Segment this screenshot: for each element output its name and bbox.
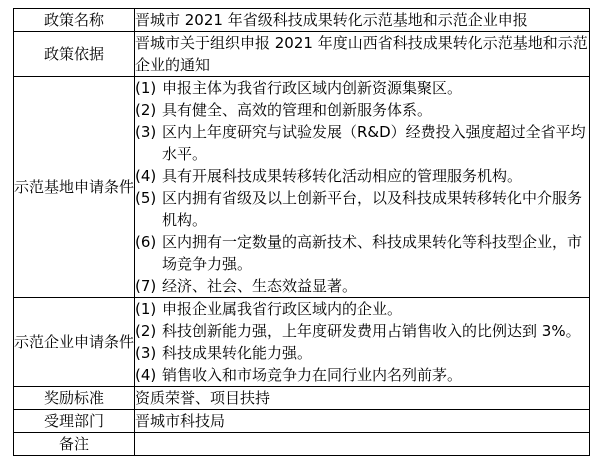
condition-number: (2): [135, 99, 162, 121]
condition-text: 区内拥有省级及以上创新平台，以及科技成果转移转化中介服务机构。: [162, 189, 582, 229]
policy-info-table: 政策名称 晋城市 2021 年省级科技成果转化示范基地和示范企业申报 政策依据 …: [13, 8, 590, 456]
table-row: 示范企业申请条件 (1)申报企业属我省行政区域内的企业。 (2)科技创新能力强，…: [14, 298, 590, 387]
condition-text: 销售收入和市场竞争力在同行业内名列前茅。: [162, 366, 462, 384]
table-row: 奖励标准 资质荣誉、项目扶持: [14, 387, 590, 410]
condition-number: (6): [135, 231, 162, 253]
enterprise-conditions-label: 示范企业申请条件: [14, 298, 135, 387]
condition-text: 区内上年度研究与试验发展（R&D）经费投入强度超过全省平均水平。: [162, 123, 586, 163]
remark-value: [135, 433, 590, 456]
condition-text: 具有开展科技成果转移转化活动相应的管理服务机构。: [162, 167, 522, 185]
department-value: 晋城市科技局: [135, 410, 590, 433]
table-row: 示范基地申请条件 (1)申报主体为我省行政区域内创新资源集聚区。 (2)具有健全…: [14, 77, 590, 298]
table-row: 受理部门 晋城市科技局: [14, 410, 590, 433]
condition-text: 经济、社会、生态效益显著。: [162, 277, 357, 295]
base-conditions-label: 示范基地申请条件: [14, 77, 135, 298]
reward-label: 奖励标准: [14, 387, 135, 410]
condition-number: (4): [135, 364, 162, 386]
base-conditions-value: (1)申报主体为我省行政区域内创新资源集聚区。 (2)具有健全、高效的管理和创新…: [135, 77, 590, 298]
condition-text: 具有健全、高效的管理和创新服务体系。: [162, 101, 432, 119]
condition-number: (1): [135, 77, 162, 99]
department-label: 受理部门: [14, 410, 135, 433]
policy-name-label: 政策名称: [14, 9, 135, 32]
condition-item: (3)科技成果转化能力强。: [135, 342, 589, 364]
condition-item: (1)申报企业属我省行政区域内的企业。: [135, 298, 589, 320]
condition-text: 申报主体为我省行政区域内创新资源集聚区。: [162, 79, 462, 97]
condition-number: (5): [135, 187, 162, 209]
policy-basis-value: 晋城市关于组织申报 2021 年度山西省科技成果转化示范基地和示范企业的通知: [135, 32, 590, 77]
enterprise-conditions-value: (1)申报企业属我省行政区域内的企业。 (2)科技创新能力强，上年度研发费用占销…: [135, 298, 590, 387]
condition-number: (1): [135, 298, 162, 320]
policy-basis-label: 政策依据: [14, 32, 135, 77]
condition-item: (5)区内拥有省级及以上创新平台，以及科技成果转移转化中介服务机构。: [135, 187, 589, 231]
reward-value: 资质荣誉、项目扶持: [135, 387, 590, 410]
condition-item: (6)区内拥有一定数量的高新技术、科技成果转化等科技型企业，市场竞争力强。: [135, 231, 589, 275]
condition-number: (2): [135, 320, 162, 342]
table-row: 政策名称 晋城市 2021 年省级科技成果转化示范基地和示范企业申报: [14, 9, 590, 32]
policy-name-value: 晋城市 2021 年省级科技成果转化示范基地和示范企业申报: [135, 9, 590, 32]
condition-number: (3): [135, 121, 162, 143]
condition-item: (2)科技创新能力强，上年度研发费用占销售收入的比例达到 3%。: [135, 320, 589, 342]
condition-number: (7): [135, 275, 162, 297]
condition-text: 申报企业属我省行政区域内的企业。: [162, 300, 402, 318]
condition-item: (4)销售收入和市场竞争力在同行业内名列前茅。: [135, 364, 589, 386]
condition-item: (3)区内上年度研究与试验发展（R&D）经费投入强度超过全省平均水平。: [135, 121, 589, 165]
condition-number: (4): [135, 165, 162, 187]
condition-text: 科技成果转化能力强。: [162, 344, 312, 362]
condition-item: (1)申报主体为我省行政区域内创新资源集聚区。: [135, 77, 589, 99]
condition-text: 区内拥有一定数量的高新技术、科技成果转化等科技型企业，市场竞争力强。: [162, 233, 582, 273]
table-row: 政策依据 晋城市关于组织申报 2021 年度山西省科技成果转化示范基地和示范企业…: [14, 32, 590, 77]
condition-item: (4)具有开展科技成果转移转化活动相应的管理服务机构。: [135, 165, 589, 187]
table-row: 备注: [14, 433, 590, 456]
condition-text: 科技创新能力强，上年度研发费用占销售收入的比例达到 3%。: [162, 322, 581, 340]
condition-item: (7)经济、社会、生态效益显著。: [135, 275, 589, 297]
condition-item: (2)具有健全、高效的管理和创新服务体系。: [135, 99, 589, 121]
condition-number: (3): [135, 342, 162, 364]
remark-label: 备注: [14, 433, 135, 456]
